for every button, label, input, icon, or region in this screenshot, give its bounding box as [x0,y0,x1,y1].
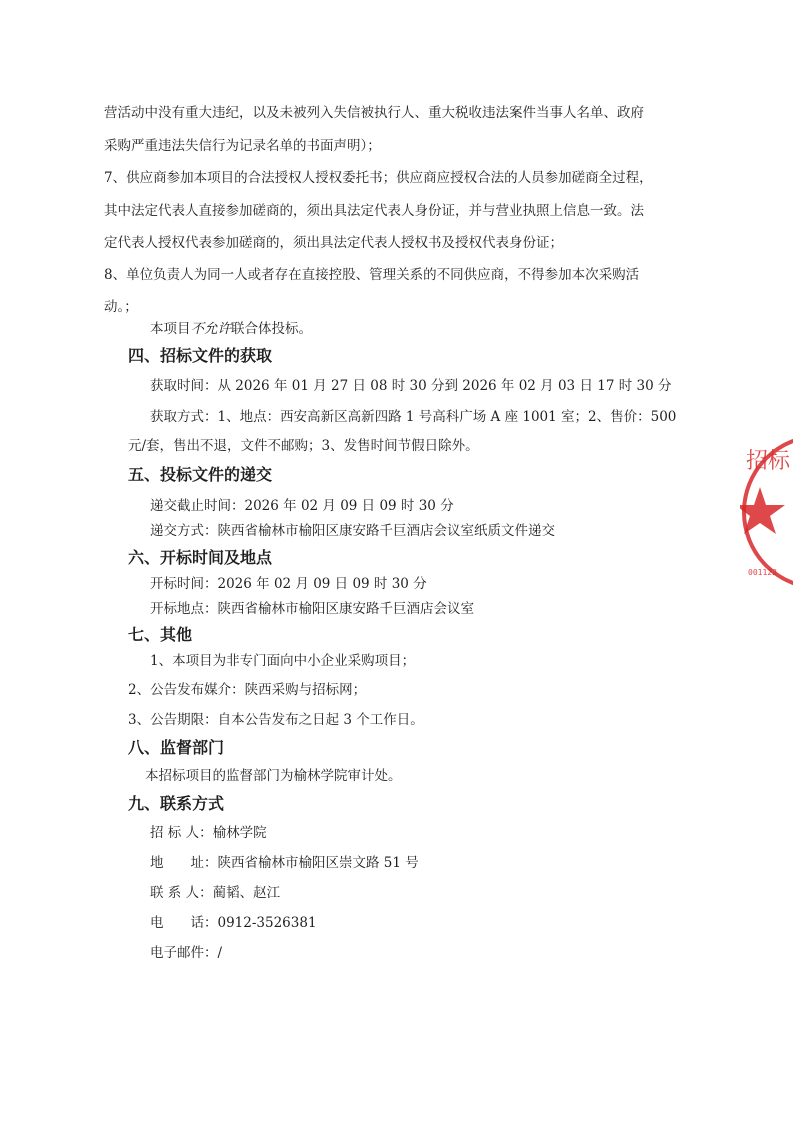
submission-deadline: 递交截止时间：2026 年 02 月 09 日 09 时 30 分 [150,497,454,515]
paragraph-line: 动。； [104,298,138,316]
section-heading-7: 七、其他 [128,625,192,645]
paragraph-line: 定代表人授权代表参加磋商的，须出具法定代表人授权书及授权代表身份证； [104,234,563,252]
svg-text:001122: 001122 [748,568,777,577]
section-heading-4: 四、招标文件的获取 [128,346,272,366]
section-heading-5: 五、投标文件的递交 [128,465,272,485]
section-heading-8: 八、监督部门 [128,738,224,758]
acquisition-method: 获取方式：1、地点：西安高新区高新四路 1 号高科广场 A 座 1001 室；2… [150,408,676,426]
paragraph-line: 营活动中没有重大违纪，以及未被列入失信被执行人、重大税收违法案件当事人名单、政府 [104,104,644,122]
contact-row: 地 址：陕西省榆林市榆阳区崇文路 51 号 [150,854,419,872]
opening-place: 开标地点：陕西省榆林市榆阳区康安路千巨酒店会议室 [150,600,474,618]
paragraph-line: 7、供应商参加本项目的合法授权人授权委托书；供应商应授权合法的人员参加磋商全过程… [104,169,653,187]
consortium-prefix: 本项目 [150,321,191,337]
paragraph-line: 采购严重违法失信行为记录名单的书面声明）； [104,137,381,155]
contact-value: 0912-3526381 [218,915,317,931]
contact-row: 招 标 人：榆林学院 [150,824,267,842]
contact-value: 榆林学院 [213,825,267,841]
contact-label: 联 系 人： [150,885,213,901]
paragraph-line: 其中法定代表人直接参加磋商的，须出具法定代表人身份证，并与营业执照上信息一致。法 [104,202,644,220]
contact-value: 陕西省榆林市榆阳区崇文路 51 号 [218,855,419,871]
opening-time: 开标时间：2026 年 02 月 09 日 09 时 30 分 [150,575,427,593]
document-page: 营活动中没有重大违纪，以及未被列入失信被执行人、重大税收违法案件当事人名单、政府… [0,0,793,1123]
seal-icon: 招标 001122 [740,432,793,592]
consortium-statement: 本项目不允许联合体投标。 [150,320,312,338]
contact-row: 电子邮件：/ [150,944,222,962]
supervision-text: 本招标项目的监督部门为榆林学院审计处。 [145,767,402,785]
acquisition-time: 获取时间：从 2026 年 01 月 27 日 08 时 30 分到 2026 … [150,377,671,395]
consortium-emphasis: 不允许 [191,321,232,337]
svg-text:招标: 招标 [746,449,791,474]
contact-label: 招 标 人： [150,825,213,841]
consortium-suffix: 联合体投标。 [231,321,312,337]
other-item: 2、公告发布媒介：陕西采购与招标网； [128,681,366,699]
contact-label: 电 话： [150,915,218,931]
contact-value: / [218,945,223,961]
section-heading-9: 九、联系方式 [128,794,224,814]
other-item: 1、本项目为非专门面向中小企业采购项目； [150,652,415,670]
other-item: 3、公告期限：自本公告发布之日起 3 个工作日。 [128,711,424,729]
official-seal-stamp: 招标 001122 [740,432,793,592]
section-heading-6: 六、开标时间及地点 [128,548,272,568]
contact-value: 蔺韬、赵江 [213,885,281,901]
contact-row: 联 系 人：蔺韬、赵江 [150,884,280,902]
contact-label: 地 址： [150,855,218,871]
paragraph-line: 8、单位负责人为同一人或者存在直接控股、管理关系的不同供应商，不得参加本次采购活 [104,266,639,284]
acquisition-method-cont: 元/套，售出不退，文件不邮购；3、发售时间节假日除外。 [128,437,479,455]
contact-label: 电子邮件： [150,945,218,961]
contact-row: 电 话：0912-3526381 [150,914,317,932]
submission-method: 递交方式：陕西省榆林市榆阳区康安路千巨酒店会议室纸质文件递交 [150,522,555,540]
